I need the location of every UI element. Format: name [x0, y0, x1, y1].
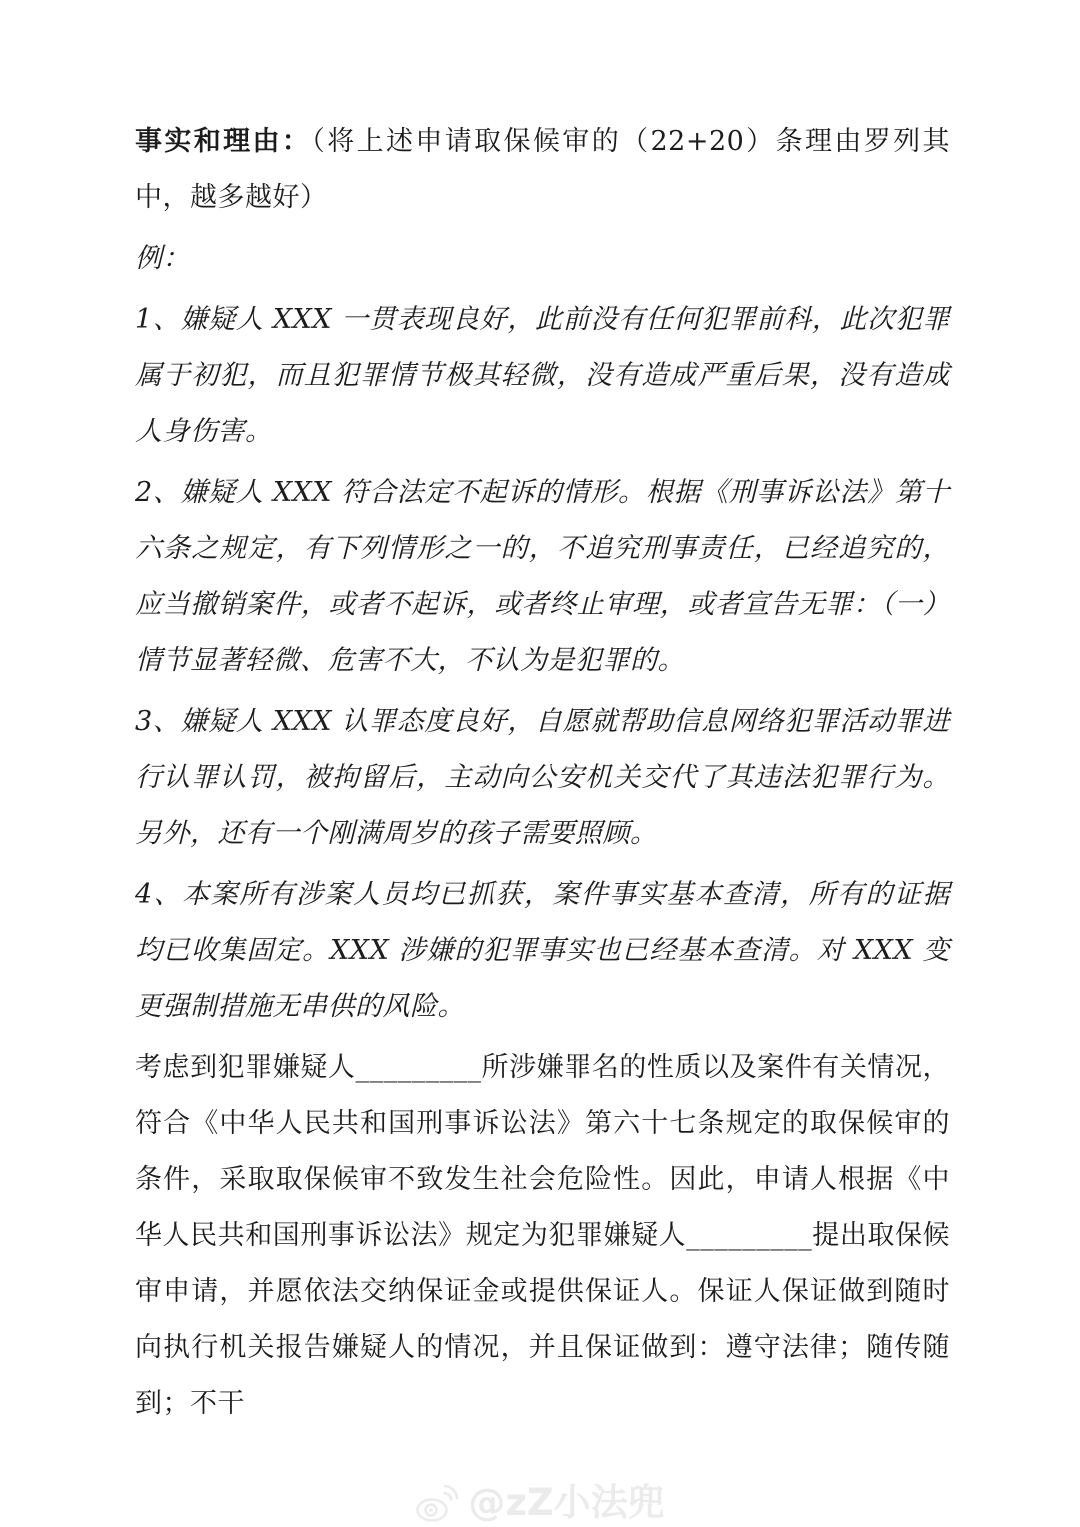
closing-paragraph: 考虑到犯罪嫌疑人_________所涉嫌罪名的性质以及案件有关情况，符合《中华人… [135, 1040, 950, 1432]
watermark-handle: @zZ小法兜 [468, 1483, 664, 1523]
reason-item-2: 2、嫌疑人 XXX 符合法定不起诉的情形。根据《刑事诉讼法》第十六条之规定，有下… [135, 465, 950, 689]
reason-item-1: 1、嫌疑人 XXX 一贯表现良好，此前没有任何犯罪前科，此次犯罪属于初犯，而且犯… [135, 292, 950, 460]
reason-item-3: 3、嫌疑人 XXX 认罪态度良好，自愿就帮助信息网络犯罪活动罪进行认罪认罚，被拘… [135, 694, 950, 862]
facts-heading-paragraph: 事实和理由：（将上述申请取保候审的（22+20）条理由罗列其中，越多越好） [135, 114, 950, 226]
weibo-icon [415, 1483, 461, 1523]
watermark: @zZ小法兜 [0, 1483, 1080, 1523]
example-label: 例： [135, 231, 950, 287]
facts-heading-label: 事实和理由： [135, 126, 311, 157]
reason-item-4: 4、本案所有涉案人员均已抓获，案件事实基本查清，所有的证据均已收集固定。XXX … [135, 867, 950, 1035]
document-page: 事实和理由：（将上述申请取保候审的（22+20）条理由罗列其中，越多越好） 例：… [0, 0, 1080, 1527]
document-body: 事实和理由：（将上述申请取保候审的（22+20）条理由罗列其中，越多越好） 例：… [135, 0, 950, 1437]
